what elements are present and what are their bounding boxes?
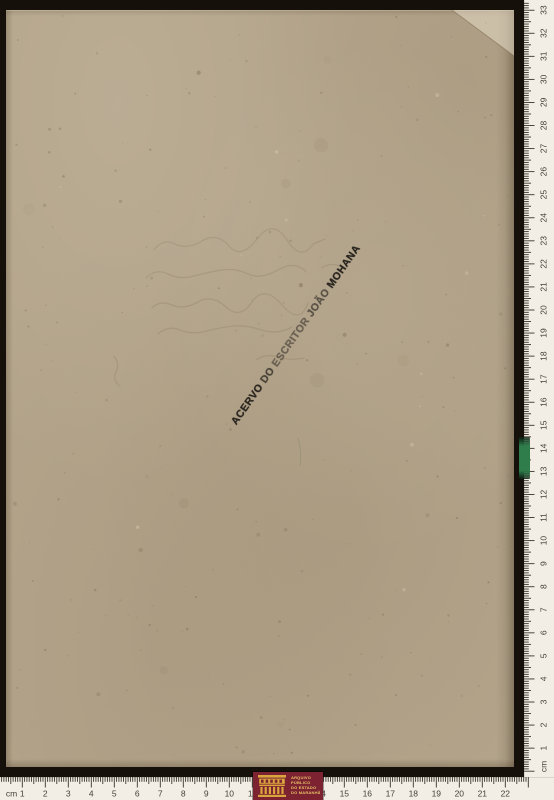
ruler-label: 16 <box>363 789 373 799</box>
ruler-label: 6 <box>135 789 140 799</box>
ruler-label: 3 <box>539 699 549 704</box>
ruler-label: 20 <box>455 789 465 799</box>
ruler-label: 16 <box>539 397 549 407</box>
ruler-label: 14 <box>539 443 549 453</box>
ruler-label: 20 <box>539 305 549 315</box>
ruler-label: 12 <box>539 489 549 499</box>
ruler-label: 5 <box>112 789 117 799</box>
ruler-label: 30 <box>539 74 549 84</box>
ruler-label: 32 <box>539 28 549 38</box>
ruler-label: 6 <box>539 630 549 635</box>
ruler-label: cm <box>6 789 17 799</box>
ruler-label: 13 <box>539 466 549 476</box>
faint-mark <box>298 438 301 466</box>
ruler-label: 15 <box>340 789 350 799</box>
ruler-label: cm <box>539 761 549 772</box>
ruler-label: 1 <box>20 789 25 799</box>
ruler-label: 28 <box>539 120 549 130</box>
ruler-label: 33 <box>539 5 549 15</box>
ruler-label: 1 <box>539 745 549 750</box>
ruler-label: 18 <box>539 351 549 361</box>
ruler-label: 7 <box>539 607 549 612</box>
vertical-ruler: 1234567891011121314151617181920212223242… <box>524 0 554 800</box>
ruler-label: 19 <box>432 789 442 799</box>
archive-name-line: DO MARANHÃO <box>291 791 320 796</box>
ruler-label: 17 <box>386 789 396 799</box>
ruler-label: 7 <box>158 789 163 799</box>
ruler-label: 15 <box>539 420 549 430</box>
ruler-label: 21 <box>539 282 549 292</box>
ruler-label: 27 <box>539 144 549 154</box>
ruler-label: 2 <box>539 722 549 727</box>
ruler-label: 25 <box>539 190 549 200</box>
ruler-label: 10 <box>539 536 549 546</box>
ruler-label: 4 <box>89 789 94 799</box>
green-edge-marker <box>519 437 530 479</box>
ruler-label: 10 <box>225 789 235 799</box>
ruler-label: 22 <box>539 259 549 269</box>
ruler-label: 9 <box>539 561 549 566</box>
archive-name: ARQUIVO PÚBLICO DO ESTADO DO MARANHÃO <box>291 776 320 795</box>
ruler-label: 8 <box>539 584 549 589</box>
ruler-label: 18 <box>409 789 419 799</box>
ruler-label: 3 <box>66 789 71 799</box>
ruler-label: 17 <box>539 374 549 384</box>
document-page: ACERVO DO ESCRITOR JOÃO MOHANA <box>6 10 514 767</box>
ruler-label: 8 <box>181 789 186 799</box>
archive-logo: ARQUIVO PÚBLICO DO ESTADO DO MARANHÃO <box>253 772 323 800</box>
ruler-label: 2 <box>43 789 48 799</box>
ruler-label: 24 <box>539 213 549 223</box>
scanner-bed: ACERVO DO ESCRITOR JOÃO MOHANA 123456789… <box>0 0 554 800</box>
building-icon <box>256 774 288 798</box>
ruler-label: 5 <box>539 653 549 658</box>
ruler-label: 31 <box>539 51 549 61</box>
ruler-label: 23 <box>539 236 549 246</box>
ruler-label: 22 <box>501 789 511 799</box>
ruler-label: 21 <box>478 789 488 799</box>
ruler-label: 4 <box>539 676 549 681</box>
ruler-label: 9 <box>204 789 209 799</box>
ruler-label: 29 <box>539 97 549 107</box>
ruler-label: 11 <box>539 513 549 522</box>
show-through-handwriting <box>114 229 340 386</box>
ruler-label: 26 <box>539 167 549 177</box>
ruler-label: 19 <box>539 328 549 338</box>
